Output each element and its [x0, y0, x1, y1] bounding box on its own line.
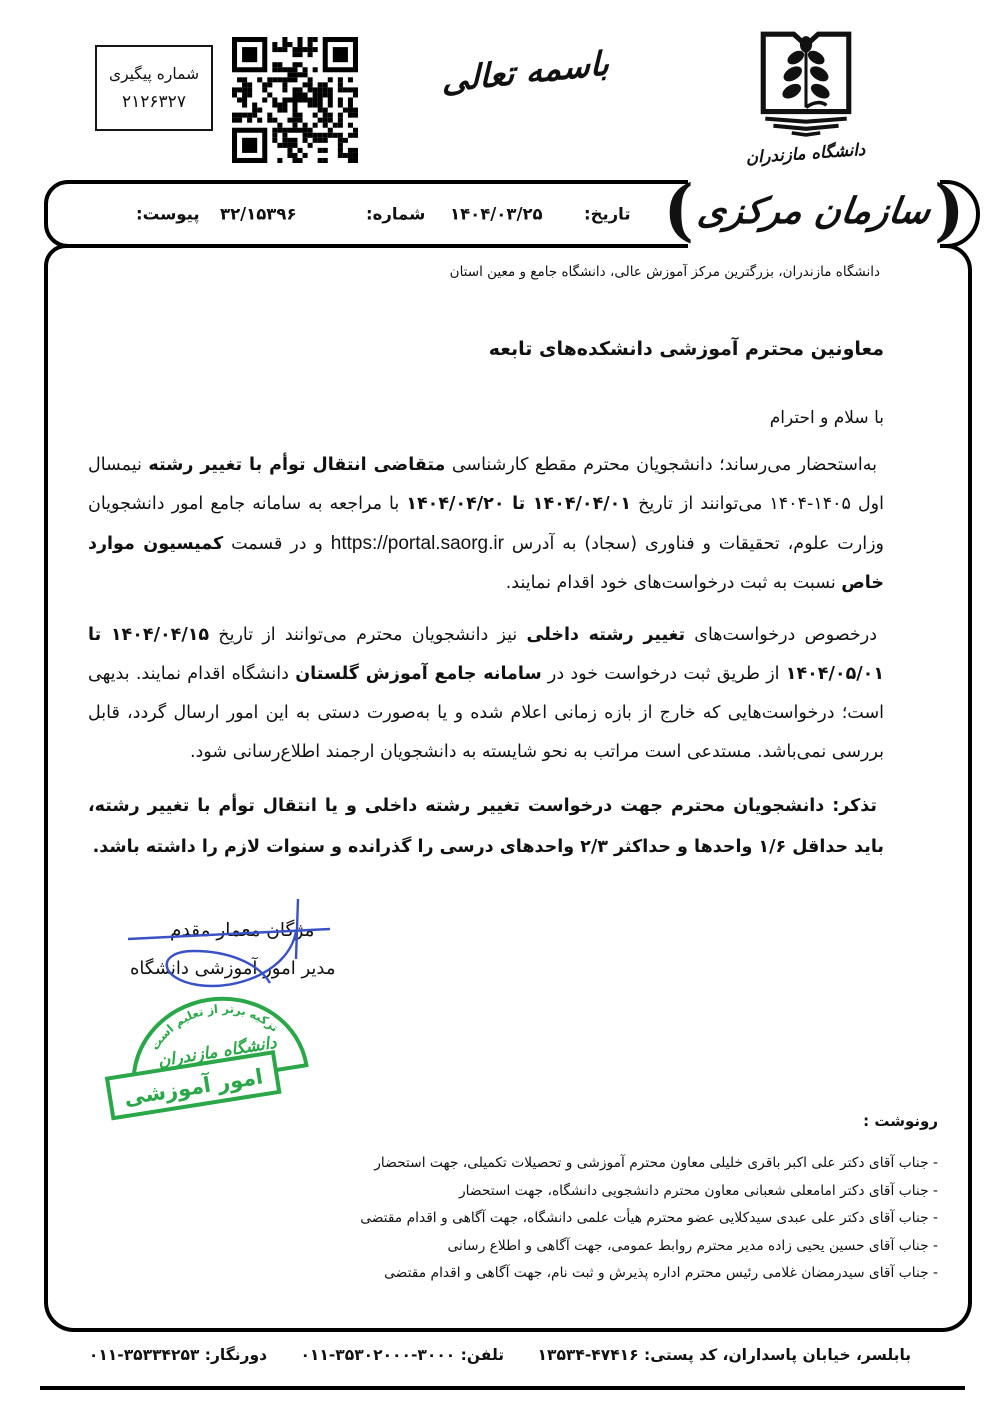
bismillah-calligraphy: باسمه تعالی [419, 41, 633, 103]
cc-item: - جناب آقای دکتر علی عبدی سیدکلایی عضو م… [108, 1205, 938, 1233]
emphasized-text-run: تغییر رشته داخلی [527, 625, 686, 645]
central-organization-calligraphy: ( سازمان مرکزی ) [688, 168, 940, 254]
paragraph-internal-change: درخصوص درخواست‌های تغییر رشته داخلی نیز … [88, 616, 884, 772]
handwritten-signature-ink [120, 893, 350, 1003]
cc-label: رونوشت : [863, 1112, 938, 1130]
logo-emblem-icon [754, 26, 858, 138]
letter-body-box: دانشگاه مازندران، بزرگترین مرکز آموزش عا… [44, 244, 972, 1332]
recipient-line: معاونین محترم آموزشی دانشکده‌های تابعه [489, 338, 884, 360]
portal-url: https://portal.saorg.ir [331, 533, 504, 554]
qr-code [232, 37, 358, 163]
date-label: تاریخ: [584, 205, 631, 224]
cc-item: - جناب آقای سیدرمضان غلامی رئیس محترم اد… [108, 1260, 938, 1288]
number-label: شماره: [366, 205, 425, 224]
paragraph-notice: تذکر: دانشجویان محترم جهت درخواست تغییر … [88, 786, 884, 868]
org-name: سازمان مرکزی [695, 190, 933, 232]
emphasized-text-run: تذکر: دانشجویان محترم جهت درخواست تغییر … [88, 796, 884, 857]
attachment-label: پیوست: [136, 205, 200, 224]
tracking-number-box: شماره پیگیری ۲۱۲۶۳۲۷ [95, 45, 213, 131]
cc-item: - جناب آقای دکتر امامعلی شعبانی معاون مح… [108, 1178, 938, 1206]
text-run: به‌استحضار می‌رساند؛ دانشجویان محترم مقط… [445, 455, 877, 475]
paragraph-transfer-requests: به‌استحضار می‌رساند؛ دانشجویان محترم مقط… [88, 446, 884, 603]
text-run: نیز دانشجویان محترم می‌توانند از تاریخ [209, 625, 526, 645]
emphasized-text-run: متقاضی انتقال توأم با تغییر رشته [148, 455, 445, 475]
footer-address: بابلسر، خیابان پاسداران، کد پستی: ۴۷۴۱۶-… [538, 1346, 912, 1364]
tracking-label: شماره پیگیری [97, 65, 211, 83]
salutation: با سلام و احترام [770, 408, 884, 428]
emphasized-text-run: ۱۴۰۴/۰۴/۰۱ تا ۱۴۰۴/۰۴/۲۰ [406, 494, 631, 514]
text-run: درخصوص درخواست‌های [685, 625, 877, 645]
footer-fax: دورنگار: ۳۵۳۳۴۲۵۳-۰۱۱ [89, 1346, 267, 1364]
footer-phone: تلفن: ۳۰۰۰-۳۵۳۰۲۰۰۰-۰۱۱ [300, 1346, 504, 1364]
number-value: ۳۲/۱۵۳۹۶ [220, 205, 297, 224]
footer-contact-line: بابلسر، خیابان پاسداران، کد پستی: ۴۷۴۱۶-… [0, 1346, 1000, 1364]
text-run: از طریق ثبت درخواست خود در [542, 664, 786, 684]
text-run: و در قسمت [223, 534, 331, 554]
cc-list: - جناب آقای دکتر علی اکبر باقری خلیلی مع… [108, 1150, 938, 1288]
cc-item: - جناب آقای حسین یحیی زاده مدیر محترم رو… [108, 1233, 938, 1261]
cc-item: - جناب آقای دکتر علی اکبر باقری خلیلی مع… [108, 1150, 938, 1178]
logo-caption: دانشگاه مازندران [738, 139, 874, 167]
official-letter-page: شماره پیگیری ۲۱۲۶۳۲۷ باسمه تعالی دانشگاه… [0, 0, 1000, 1415]
university-motto: دانشگاه مازندران، بزرگترین مرکز آموزش عا… [450, 264, 880, 280]
tracking-number: ۲۱۲۶۳۲۷ [97, 92, 211, 112]
university-logo: دانشگاه مازندران [738, 26, 873, 163]
footer-rule [40, 1386, 965, 1390]
text-run: نسبت به ثبت درخواست‌های خود اقدام نمایند… [506, 573, 842, 593]
emphasized-text-run: سامانه جامع آموزش گلستان [295, 664, 541, 684]
date-value: ۱۴۰۴/۰۳/۲۵ [450, 205, 543, 224]
